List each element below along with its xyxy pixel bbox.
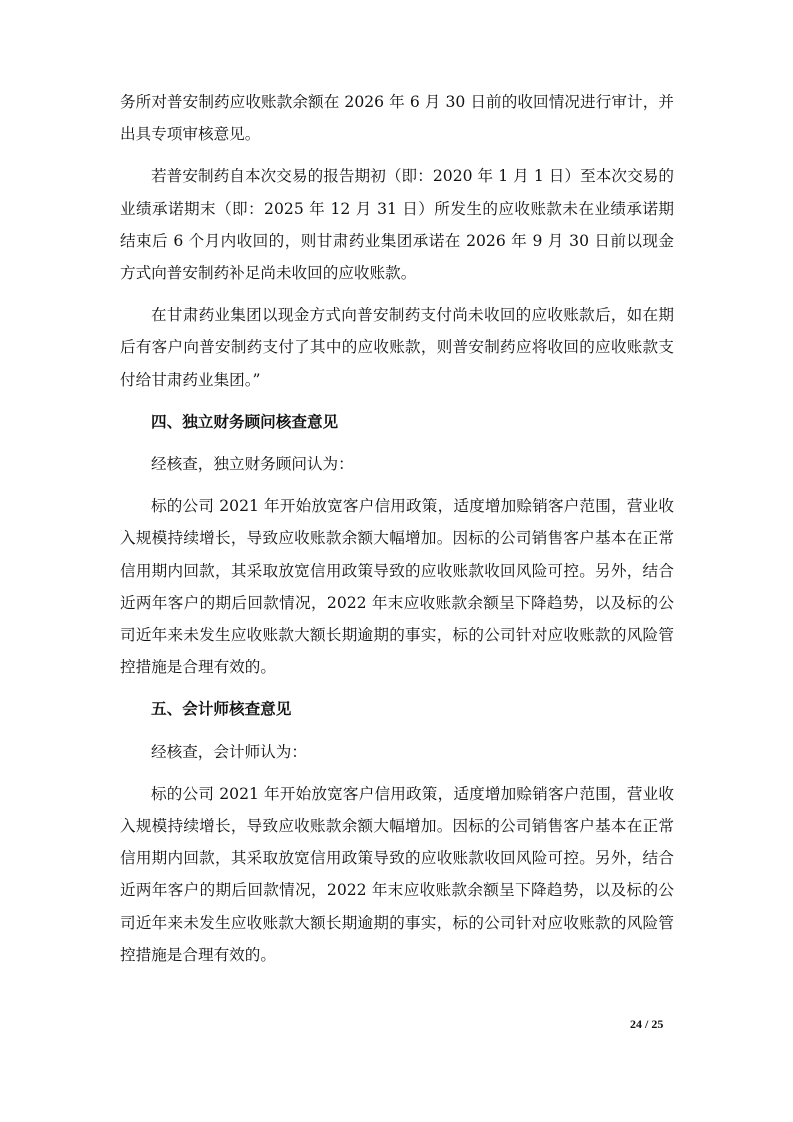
section-heading-accountant-opinion: 五、会计师核查意见: [120, 693, 674, 725]
paragraph-commitment: 若普安制药自本次交易的报告期初（即：2020 年 1 月 1 日）至本次交易的业…: [120, 160, 674, 289]
section-heading-advisor-opinion: 四、独立财务顾问核查意见: [120, 406, 674, 438]
paragraph-audit-continuation: 务所对普安制药应收账款余额在 2026 年 6 月 30 日前的收回情况进行审计…: [120, 86, 674, 150]
document-page: 务所对普安制药应收账款余额在 2026 年 6 月 30 日前的收回情况进行审计…: [120, 86, 674, 971]
paragraph-accountant-intro: 经核查，会计师认为：: [120, 736, 674, 768]
paragraph-accountant-opinion: 标的公司 2021 年开始放宽客户信用政策，适度增加赊销客户范围，营业收入规模持…: [120, 778, 674, 971]
page-number: 24 / 25: [630, 1017, 663, 1032]
paragraph-advisor-opinion: 标的公司 2021 年开始放宽客户信用政策，适度增加赊销客户范围，营业收入规模持…: [120, 490, 674, 683]
paragraph-advisor-intro: 经核查，独立财务顾问认为：: [120, 448, 674, 480]
paragraph-repayment: 在甘肃药业集团以现金方式向普安制药支付尚未收回的应收账款后，如在期后有客户向普安…: [120, 299, 674, 396]
